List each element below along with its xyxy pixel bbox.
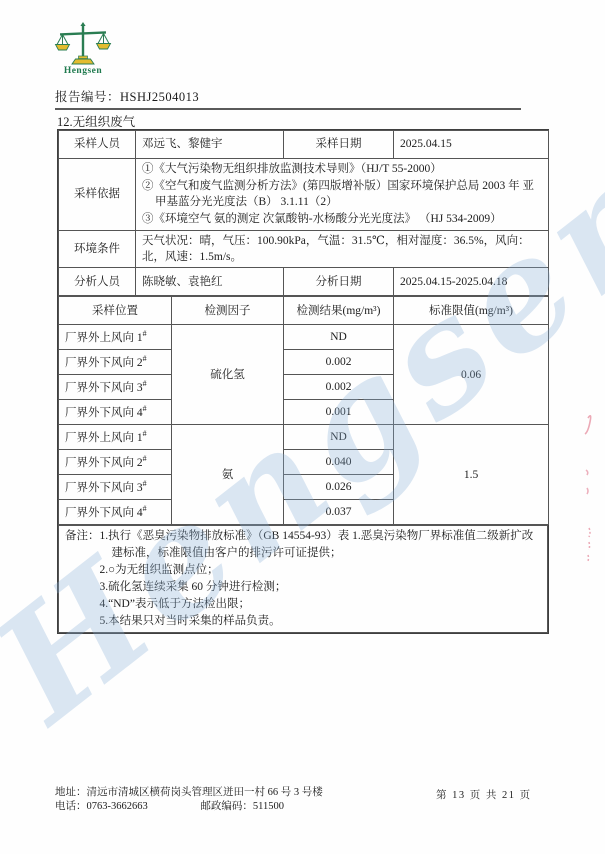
table-row: 厂界外上风向 1# 氨 ND 1.5: [59, 425, 549, 450]
notes-label: 备注：: [65, 528, 100, 630]
location-cell: 厂界外上风向 1#: [59, 325, 172, 350]
result-cell: 0.002: [284, 350, 394, 375]
result-cell: 0.001: [284, 400, 394, 425]
location-sup: #: [143, 379, 147, 388]
analyst-label: 分析人员: [59, 268, 136, 296]
location-sup: #: [143, 404, 147, 413]
balance-scale-icon: [53, 22, 113, 66]
result-cell: 0.037: [284, 500, 394, 525]
note-item-4: 4.“ND”表示低于方法检出限；: [100, 596, 542, 613]
location-cell: 厂界外下风向 2#: [59, 450, 172, 475]
document-page: Hengsen Hengsen 报告编号：HSHJ2504013 12.无组织废…: [0, 0, 605, 854]
location-text: 厂界外上风向 1: [65, 332, 143, 344]
monitoring-table: 采样人员 邓远飞、黎健宇 采样日期 2025.04.15 采样依据 ①《大气污染…: [57, 129, 549, 634]
notes-table: 备注： 1.执行《恶臭污染物排放标准》（GB 14554-93）表 1.恶臭污染…: [58, 525, 548, 633]
results-table: 采样位置 检测因子 检测结果(mg/m³) 标准限值(mg/m³) 厂界外上风向…: [58, 296, 549, 525]
logo-wordmark: Hengsen: [47, 66, 119, 76]
basis-line-2: ②《空气和废气监测分析方法》(第四版增补版）国家环境保护总局 2003 年 亚甲…: [142, 178, 542, 211]
footer-address: 地址：清远市清城区横荷岗头管理区迸田一村 66 号 3 号楼: [55, 786, 323, 800]
table-row: 采样人员 邓远飞、黎健宇 采样日期 2025.04.15: [59, 131, 549, 159]
sample-date-value: 2025.04.15: [394, 131, 549, 159]
note-item-3: 3.硫化氢连续采集 60 分钟进行检测；: [100, 579, 542, 596]
location-sup: #: [143, 329, 147, 338]
location-text: 厂界外下风向 4: [65, 507, 143, 519]
basis-line-3: ③《环境空气 氨的测定 次氯酸钠-水杨酸分光光度法》 （HJ 534-2009）: [142, 211, 542, 228]
info-table: 采样人员 邓远飞、黎健宇 采样日期 2025.04.15 采样依据 ①《大气污染…: [58, 130, 549, 296]
location-text: 厂界外下风向 2: [65, 357, 143, 369]
table-row: 分析人员 陈晓敏、袁艳红 分析日期 2025.04.15-2025.04.18: [59, 268, 549, 296]
col-header-result: 检测结果(mg/m³): [284, 297, 394, 325]
location-sup: #: [143, 454, 147, 463]
note-item-5: 5.本结果只对当时采集的样品负责。: [100, 613, 542, 630]
basis-label: 采样依据: [59, 159, 136, 231]
company-logo: Hengsen: [47, 22, 119, 76]
notes-cell: 备注： 1.执行《恶臭污染物排放标准》（GB 14554-93）表 1.恶臭污染…: [59, 526, 548, 633]
basis-value: ①《大气污染物无组织排放监测技术导则》（HJ/T 55-2000） ②《空气和废…: [136, 159, 549, 231]
sampler-label: 采样人员: [59, 131, 136, 159]
limit-cell: 1.5: [394, 425, 549, 525]
env-value: 天气状况：晴，气压：100.90kPa，气温：31.5℃，相对湿度：36.5%，…: [136, 230, 549, 268]
factor-cell: 氨: [172, 425, 284, 525]
footer-phone: 电话：0763-3662663: [55, 801, 148, 812]
sampler-value: 邓远飞、黎健宇: [136, 131, 284, 159]
location-sup: #: [143, 504, 147, 513]
footer-contact: 地址：清远市清城区横荷岗头管理区迸田一村 66 号 3 号楼 电话：0763-3…: [55, 786, 323, 814]
table-row: 厂界外上风向 1# 硫化氢 ND 0.06: [59, 325, 549, 350]
result-cell: ND: [284, 325, 394, 350]
location-cell: 厂界外下风向 4#: [59, 400, 172, 425]
location-cell: 厂界外下风向 3#: [59, 375, 172, 400]
footer-postal: 邮政编码：511500: [200, 801, 284, 812]
analysis-date-value: 2025.04.15-2025.04.18: [394, 268, 549, 296]
col-header-location: 采样位置: [59, 297, 172, 325]
result-cell: ND: [284, 425, 394, 450]
location-text: 厂界外下风向 4: [65, 407, 143, 419]
stamp-bleed-marks: [578, 400, 600, 600]
location-sup: #: [143, 479, 147, 488]
location-cell: 厂界外下风向 4#: [59, 500, 172, 525]
location-cell: 厂界外下风向 3#: [59, 475, 172, 500]
table-row: 备注： 1.执行《恶臭污染物排放标准》（GB 14554-93）表 1.恶臭污染…: [59, 526, 548, 633]
result-cell: 0.026: [284, 475, 394, 500]
report-number-label: 报告编号：: [55, 90, 120, 104]
env-label: 环境条件: [59, 230, 136, 268]
result-cell: 0.040: [284, 450, 394, 475]
location-text: 厂界外下风向 3: [65, 382, 143, 394]
location-sup: #: [143, 354, 147, 363]
page-indicator: 第 13 页 共 21 页: [436, 787, 532, 802]
col-header-limit: 标准限值(mg/m³): [394, 297, 549, 325]
analyst-value: 陈晓敏、袁艳红: [136, 268, 284, 296]
location-cell: 厂界外下风向 2#: [59, 350, 172, 375]
report-number-value: HSHJ2504013: [120, 90, 199, 104]
factor-cell: 硫化氢: [172, 325, 284, 425]
result-cell: 0.002: [284, 375, 394, 400]
limit-cell: 0.06: [394, 325, 549, 425]
basis-line-1: ①《大气污染物无组织排放监测技术导则》（HJ/T 55-2000）: [142, 161, 542, 178]
sample-date-label: 采样日期: [284, 131, 394, 159]
location-text: 厂界外上风向 1: [65, 432, 143, 444]
analysis-date-label: 分析日期: [284, 268, 394, 296]
section-title: 12.无组织废气: [57, 112, 135, 130]
note-item-2: 2.○为无组织监测点位；: [100, 562, 542, 579]
location-text: 厂界外下风向 2: [65, 457, 143, 469]
table-row: 采样依据 ①《大气污染物无组织排放监测技术导则》（HJ/T 55-2000） ②…: [59, 159, 549, 231]
location-sup: #: [143, 429, 147, 438]
report-number-line: 报告编号：HSHJ2504013: [55, 87, 521, 110]
location-cell: 厂界外上风向 1#: [59, 425, 172, 450]
results-header-row: 采样位置 检测因子 检测结果(mg/m³) 标准限值(mg/m³): [59, 297, 549, 325]
notes-items: 1.执行《恶臭污染物排放标准》（GB 14554-93）表 1.恶臭污染物厂界标…: [100, 528, 542, 630]
table-row: 环境条件 天气状况：晴，气压：100.90kPa，气温：31.5℃，相对湿度：3…: [59, 230, 549, 268]
col-header-factor: 检测因子: [172, 297, 284, 325]
location-text: 厂界外下风向 3: [65, 482, 143, 494]
note-item-1: 1.执行《恶臭污染物排放标准》（GB 14554-93）表 1.恶臭污染物厂界标…: [100, 528, 542, 562]
